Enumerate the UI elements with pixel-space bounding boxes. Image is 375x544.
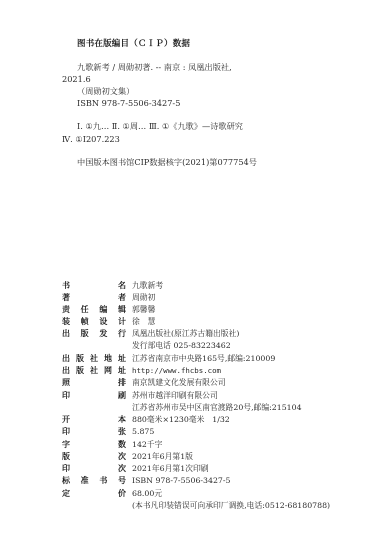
label-char: 版 [81, 328, 89, 339]
cip-line: 九歌新考 / 周勋初著. -- 南京 : 凤凰出版社, [77, 62, 232, 73]
label-char: 刷 [118, 390, 126, 401]
label-char: 开 [62, 414, 70, 425]
cip-line: 中国版本图书馆CIP数据核字(2021)第077754号 [77, 157, 257, 168]
colophon-value: 凤凰出版社(原江苏古籍出版社) [132, 328, 239, 339]
colophon-value: 2021年6月第1次印刷 [132, 463, 209, 474]
colophon-value: 郭馨馨 [132, 304, 155, 315]
label-char: 本 [118, 414, 126, 425]
label-char: 任 [81, 304, 89, 315]
label-char: 印 [62, 426, 70, 437]
colophon-row: 印次2021年6月第1次印刷 [62, 462, 209, 474]
label-char: 版 [76, 365, 84, 376]
label-char: 帧 [81, 316, 89, 327]
colophon-value: 九歌新考 [132, 280, 163, 291]
label-char: 版 [62, 451, 70, 462]
label-char: 数 [118, 439, 126, 450]
colophon-row: 照排南京凯建文化发展有限公司 [62, 376, 226, 388]
colophon-label: 标准书号 [62, 475, 126, 486]
colophon-value: 南京凯建文化发展有限公司 [132, 377, 226, 388]
colophon-value: 江苏省南京市中央路165号,邮编:210009 [132, 353, 275, 364]
label-char: 印 [62, 390, 70, 401]
label-char: 社 [90, 365, 98, 376]
colophon-row: 标准书号ISBN 978-7-5506-3427-5 [62, 474, 230, 486]
label-char: 排 [118, 377, 126, 388]
colophon-label: 照排 [62, 377, 126, 388]
label-char: 标 [62, 475, 70, 486]
label-char: 印 [62, 463, 70, 474]
colophon-label: 出版社地址 [62, 353, 126, 364]
colophon-value: 苏州市越洋印刷有限公司 [132, 390, 218, 401]
colophon-value: 880毫米×1230毫米 1/32 [132, 414, 230, 425]
colophon-value: (本书凡印装错误可向承印厂调换,电话:0512-68180788) [132, 500, 330, 511]
label-char: 号 [118, 475, 126, 486]
colophon-row: 出版发行凤凰出版社(原江苏古籍出版社) [62, 327, 239, 339]
colophon-label: 出版发行 [62, 328, 126, 339]
colophon-value: 江苏省苏州市吴中区南官渡路20号,邮编:215104 [132, 402, 302, 413]
label-char: 出 [62, 353, 70, 364]
cip-title: 图书在版编目（ＣＩＰ）数据 [77, 37, 190, 49]
label-char: 著 [62, 292, 70, 303]
label-char: 书 [99, 475, 107, 486]
colophon-label: 开本 [62, 414, 126, 425]
label-char: 计 [118, 316, 126, 327]
colophon-row: 定价68.00元 [62, 487, 162, 499]
label-char: 行 [118, 328, 126, 339]
colophon-row: 出版社网址http://www.fhcbs.com [62, 364, 221, 376]
label-char: 责 [62, 304, 70, 315]
colophon-label: 出版社网址 [62, 365, 126, 376]
colophon-label: 印张 [62, 426, 126, 437]
colophon-value: 周勋初 [132, 292, 155, 303]
colophon-row: 责任编辑郭馨馨 [62, 303, 155, 315]
label-char: 书 [62, 280, 70, 291]
label-char: 次 [118, 451, 126, 462]
label-char: 定 [62, 488, 70, 499]
label-char: 名 [118, 280, 126, 291]
colophon-row: 开本880毫米×1230毫米 1/32 [62, 413, 230, 425]
colophon-value: 142千字 [132, 439, 162, 450]
colophon-value: ISBN 978-7-5506-3427-5 [132, 476, 230, 485]
cip-line: （周勋初文集） [77, 86, 134, 97]
colophon-value: 68.00元 [132, 488, 162, 499]
colophon-row: 江苏省苏州市吴中区南官渡路20号,邮编:215104 [62, 401, 302, 413]
colophon-label: 著者 [62, 292, 126, 303]
label-char: 址 [118, 365, 126, 376]
colophon-row: 发行部电话 025-83223462 [62, 339, 231, 351]
colophon-label: 版次 [62, 451, 126, 462]
colophon-value: 徐 慧 [132, 316, 155, 327]
label-char: 设 [99, 316, 107, 327]
label-char: 出 [62, 365, 70, 376]
label-char: 出 [62, 328, 70, 339]
cip-line: ISBN 978-7-5506-3427-5 [77, 98, 180, 108]
label-char: 社 [90, 353, 98, 364]
colophon-row: 书名九歌新考 [62, 279, 163, 291]
colophon-label: 印刷 [62, 390, 126, 401]
cip-line: Ⅳ. ①I207.223 [62, 134, 120, 144]
label-char: 发 [99, 328, 107, 339]
colophon-label: 印次 [62, 463, 126, 474]
colophon-label: 字数 [62, 439, 126, 450]
colophon-row: 印刷苏州市越洋印刷有限公司 [62, 389, 218, 401]
label-char: 版 [76, 353, 84, 364]
label-char: 准 [81, 475, 89, 486]
colophon-value: 5.875 [132, 427, 154, 436]
label-char: 地 [104, 353, 112, 364]
colophon-row: (本书凡印装错误可向承印厂调换,电话:0512-68180788) [62, 499, 330, 511]
label-char: 辑 [118, 304, 126, 315]
colophon-row: 装帧设计徐 慧 [62, 315, 155, 327]
label-char: 网 [104, 365, 112, 376]
colophon-row: 字数142千字 [62, 438, 162, 450]
colophon-value: 发行部电话 025-83223462 [132, 340, 231, 351]
label-char: 次 [118, 463, 126, 474]
label-char: 址 [118, 353, 126, 364]
colophon-row: 出版社地址江苏省南京市中央路165号,邮编:210009 [62, 352, 275, 364]
label-char: 字 [62, 439, 70, 450]
colophon-label: 装帧设计 [62, 316, 126, 327]
colophon-label: 责任编辑 [62, 304, 126, 315]
colophon-label: 书名 [62, 280, 126, 291]
cip-line: 2021.6 [62, 74, 91, 84]
colophon-row: 版次2021年6月第1版 [62, 450, 193, 462]
colophon-row: 著者周勋初 [62, 291, 155, 303]
colophon-value: http://www.fhcbs.com [132, 366, 221, 375]
colophon-label: 定价 [62, 488, 126, 499]
colophon-row: 印张5.875 [62, 425, 154, 437]
label-char: 装 [62, 316, 70, 327]
label-char: 张 [118, 426, 126, 437]
label-char: 者 [118, 292, 126, 303]
label-char: 价 [118, 488, 126, 499]
cip-line: Ⅰ. ①九… Ⅱ. ①周… Ⅲ. ①《九歌》—诗歌研究 [77, 121, 243, 132]
label-char: 照 [62, 377, 70, 388]
label-char: 编 [99, 304, 107, 315]
colophon-value: 2021年6月第1版 [132, 451, 193, 462]
